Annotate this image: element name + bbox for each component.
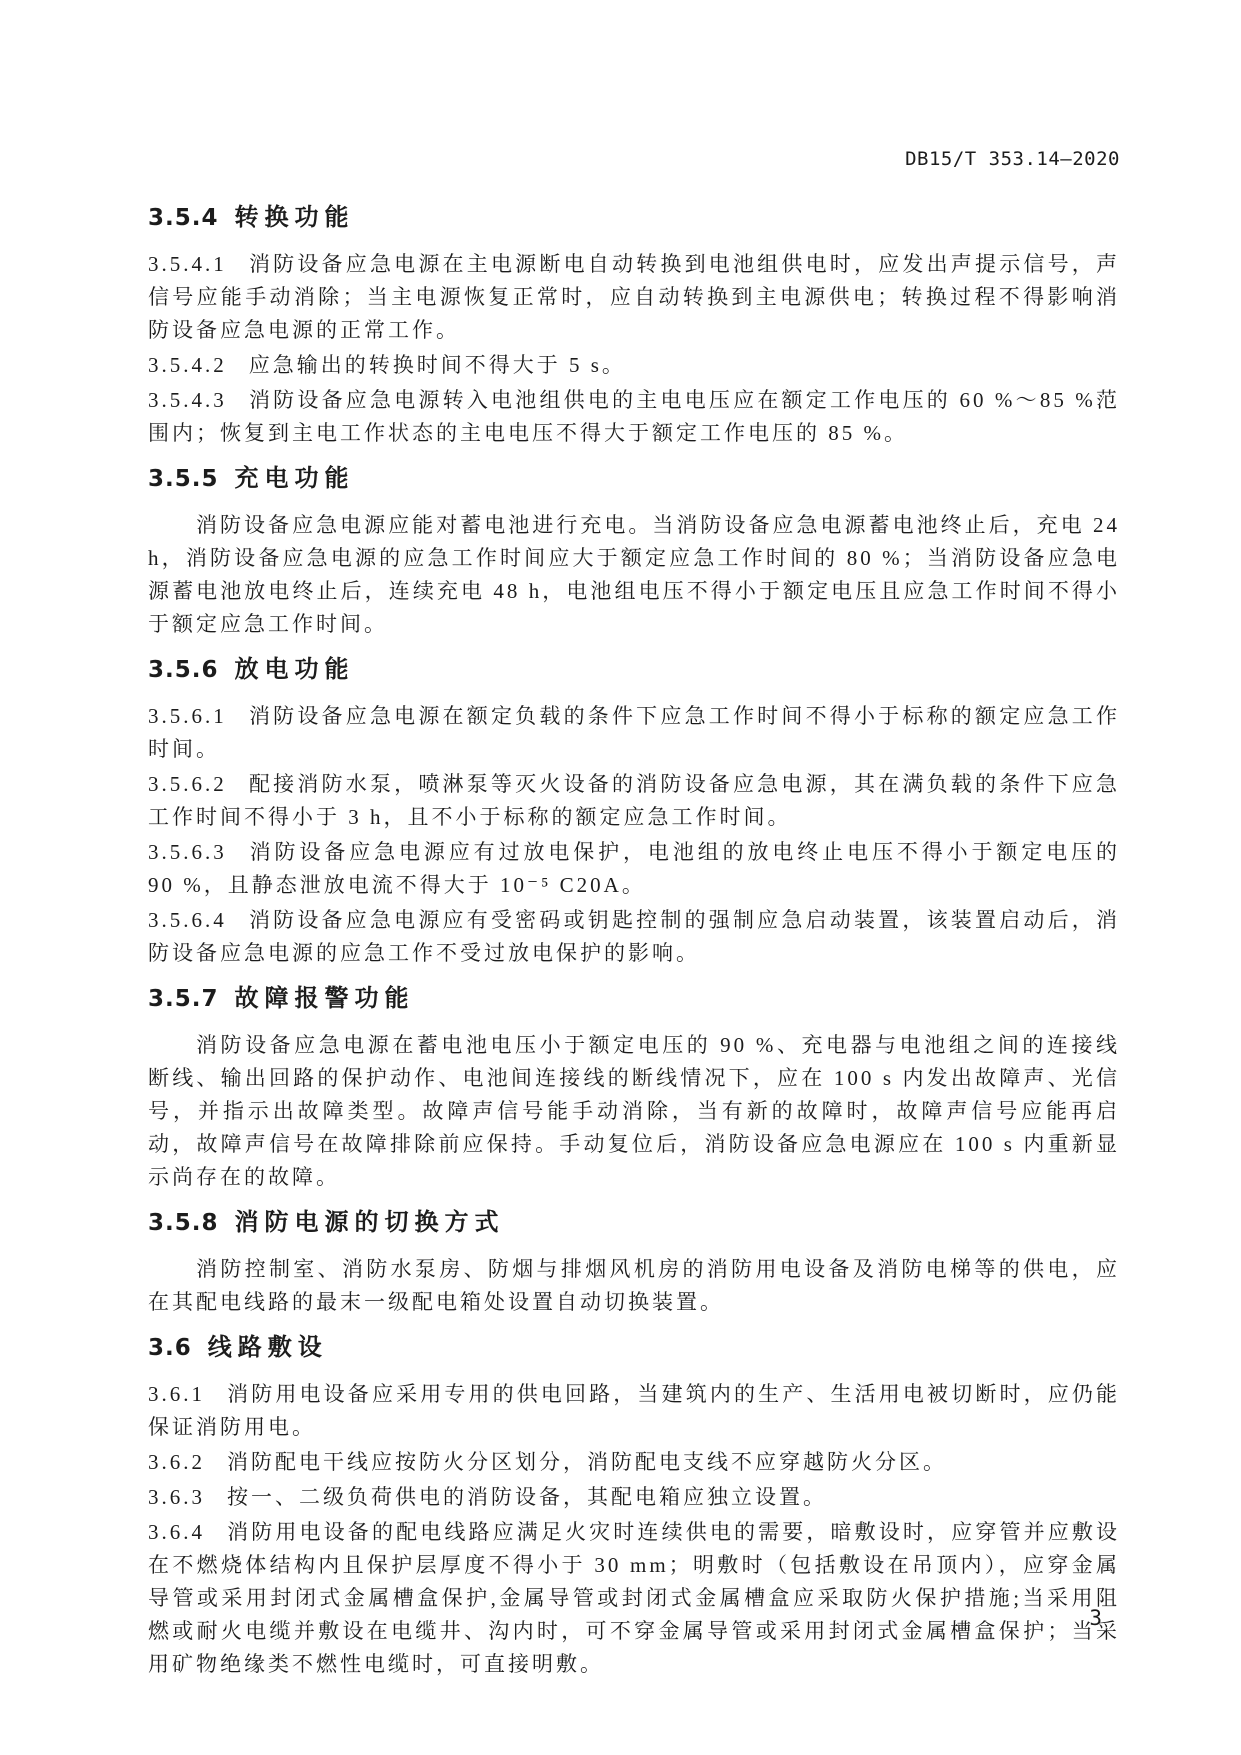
clause-number: 3.6.1	[148, 1382, 205, 1406]
section-number: 3.5.6	[148, 657, 219, 683]
section-title: 充电功能	[235, 464, 355, 492]
page-footer: 3	[148, 1606, 1120, 1630]
clause-number: 3.6.4	[148, 1520, 205, 1544]
section-heading-3-5-5: 3.5.5充电功能	[148, 462, 1120, 496]
clause-text: 消防设备应急电源应有受密码或钥匙控制的强制应急启动装置，该装置启动后，消防设备应…	[148, 908, 1120, 965]
clause-3-6-3: 3.6.3按一、二级负荷供电的消防设备，其配电箱应独立设置。	[148, 1481, 1120, 1514]
section-number: 3.5.7	[148, 986, 219, 1012]
clause-3-5-4-2: 3.5.4.2应急输出的转换时间不得大于 5 s。	[148, 349, 1120, 382]
clause-number: 3.6.3	[148, 1485, 205, 1509]
clause-number: 3.5.4.2	[148, 353, 227, 377]
clause-3-5-6-2: 3.5.6.2配接消防水泵，喷淋泵等灭火设备的消防设备应急电源，其在满负载的条件…	[148, 768, 1120, 834]
clause-number: 3.6.2	[148, 1450, 205, 1474]
clause-text: 消防设备应急电源在主电源断电自动转换到电池组供电时，应发出声提示信号，声信号应能…	[148, 252, 1120, 342]
clause-text: 消防设备应急电源在额定负载的条件下应急工作时间不得小于标称的额定应急工作时间。	[148, 704, 1120, 761]
clause-text: 消防用电设备的配电线路应满足火灾时连续供电的需要，暗敷设时，应穿管并应敷设在不燃…	[148, 1520, 1120, 1676]
standard-number: DB15/T 353.14—2020	[905, 148, 1120, 170]
clause-3-5-6-3: 3.5.6.3消防设备应急电源应有过放电保护，电池组的放电终止电压不得小于额定电…	[148, 836, 1120, 902]
clause-3-6-2: 3.6.2消防配电干线应按防火分区划分，消防配电支线不应穿越防火分区。	[148, 1446, 1120, 1479]
clause-text: 按一、二级负荷供电的消防设备，其配电箱应独立设置。	[227, 1485, 827, 1509]
section-title: 转换功能	[235, 203, 355, 231]
clause-number: 3.5.6.1	[148, 704, 227, 728]
page-header: DB15/T 353.14—2020	[148, 146, 1120, 172]
clause-text: 应急输出的转换时间不得大于 5 s。	[249, 353, 626, 377]
clause-text: 消防配电干线应按防火分区划分，消防配电支线不应穿越防火分区。	[227, 1450, 947, 1474]
clause-3-6-4: 3.6.4消防用电设备的配电线路应满足火灾时连续供电的需要，暗敷设时，应穿管并应…	[148, 1516, 1120, 1681]
clause-3-5-6-4: 3.5.6.4消防设备应急电源应有受密码或钥匙控制的强制应急启动装置，该装置启动…	[148, 904, 1120, 970]
section-heading-3-5-6: 3.5.6放电功能	[148, 653, 1120, 687]
paragraph-power-switch: 消防控制室、消防水泵房、防烟与排烟风机房的消防用电设备及消防电梯等的供电，应在其…	[148, 1253, 1120, 1319]
section-title: 线路敷设	[208, 1333, 328, 1361]
clause-number: 3.5.6.3	[148, 840, 227, 864]
clause-text: 消防设备应急电源转入电池组供电的主电电压应在额定工作电压的 60 %～85 %范…	[148, 388, 1120, 445]
section-title: 放电功能	[235, 655, 355, 683]
clause-text: 配接消防水泵，喷淋泵等灭火设备的消防设备应急电源，其在满负载的条件下应急工作时间…	[148, 772, 1120, 829]
section-heading-3-5-4: 3.5.4转换功能	[148, 201, 1120, 235]
section-heading-3-5-8: 3.5.8消防电源的切换方式	[148, 1206, 1120, 1240]
clause-number: 3.5.6.2	[148, 772, 227, 796]
section-number: 3.5.4	[148, 205, 219, 231]
section-title: 故障报警功能	[235, 984, 415, 1012]
clause-3-5-4-1: 3.5.4.1消防设备应急电源在主电源断电自动转换到电池组供电时，应发出声提示信…	[148, 248, 1120, 347]
section-heading-3-5-7: 3.5.7故障报警功能	[148, 982, 1120, 1016]
section-number: 3.5.8	[148, 1210, 219, 1236]
page-number: 3	[1089, 1606, 1102, 1630]
clause-text: 消防设备应急电源应有过放电保护，电池组的放电终止电压不得小于额定电压的 90 %…	[148, 840, 1120, 897]
clause-3-5-4-3: 3.5.4.3消防设备应急电源转入电池组供电的主电电压应在额定工作电压的 60 …	[148, 384, 1120, 450]
clause-text: 消防用电设备应采用专用的供电回路，当建筑内的生产、生活用电被切断时，应仍能保证消…	[148, 1382, 1120, 1439]
clause-number: 3.5.4.3	[148, 388, 227, 412]
clause-number: 3.5.6.4	[148, 908, 227, 932]
document-page: DB15/T 353.14—2020 3.5.4转换功能 3.5.4.1消防设备…	[0, 0, 1241, 1755]
clause-3-6-1: 3.6.1消防用电设备应采用专用的供电回路，当建筑内的生产、生活用电被切断时，应…	[148, 1378, 1120, 1444]
section-number: 3.5.5	[148, 466, 219, 492]
paragraph-charging: 消防设备应急电源应能对蓄电池进行充电。当消防设备应急电源蓄电池终止后，充电 24…	[148, 509, 1120, 641]
section-heading-3-6: 3.6线路敷设	[148, 1331, 1120, 1365]
section-number: 3.6	[148, 1335, 192, 1361]
paragraph-fault-alarm: 消防设备应急电源在蓄电池电压小于额定电压的 90 %、充电器与电池组之间的连接线…	[148, 1029, 1120, 1194]
section-title: 消防电源的切换方式	[235, 1208, 505, 1236]
clause-number: 3.5.4.1	[148, 252, 227, 276]
clause-3-5-6-1: 3.5.6.1消防设备应急电源在额定负载的条件下应急工作时间不得小于标称的额定应…	[148, 700, 1120, 766]
